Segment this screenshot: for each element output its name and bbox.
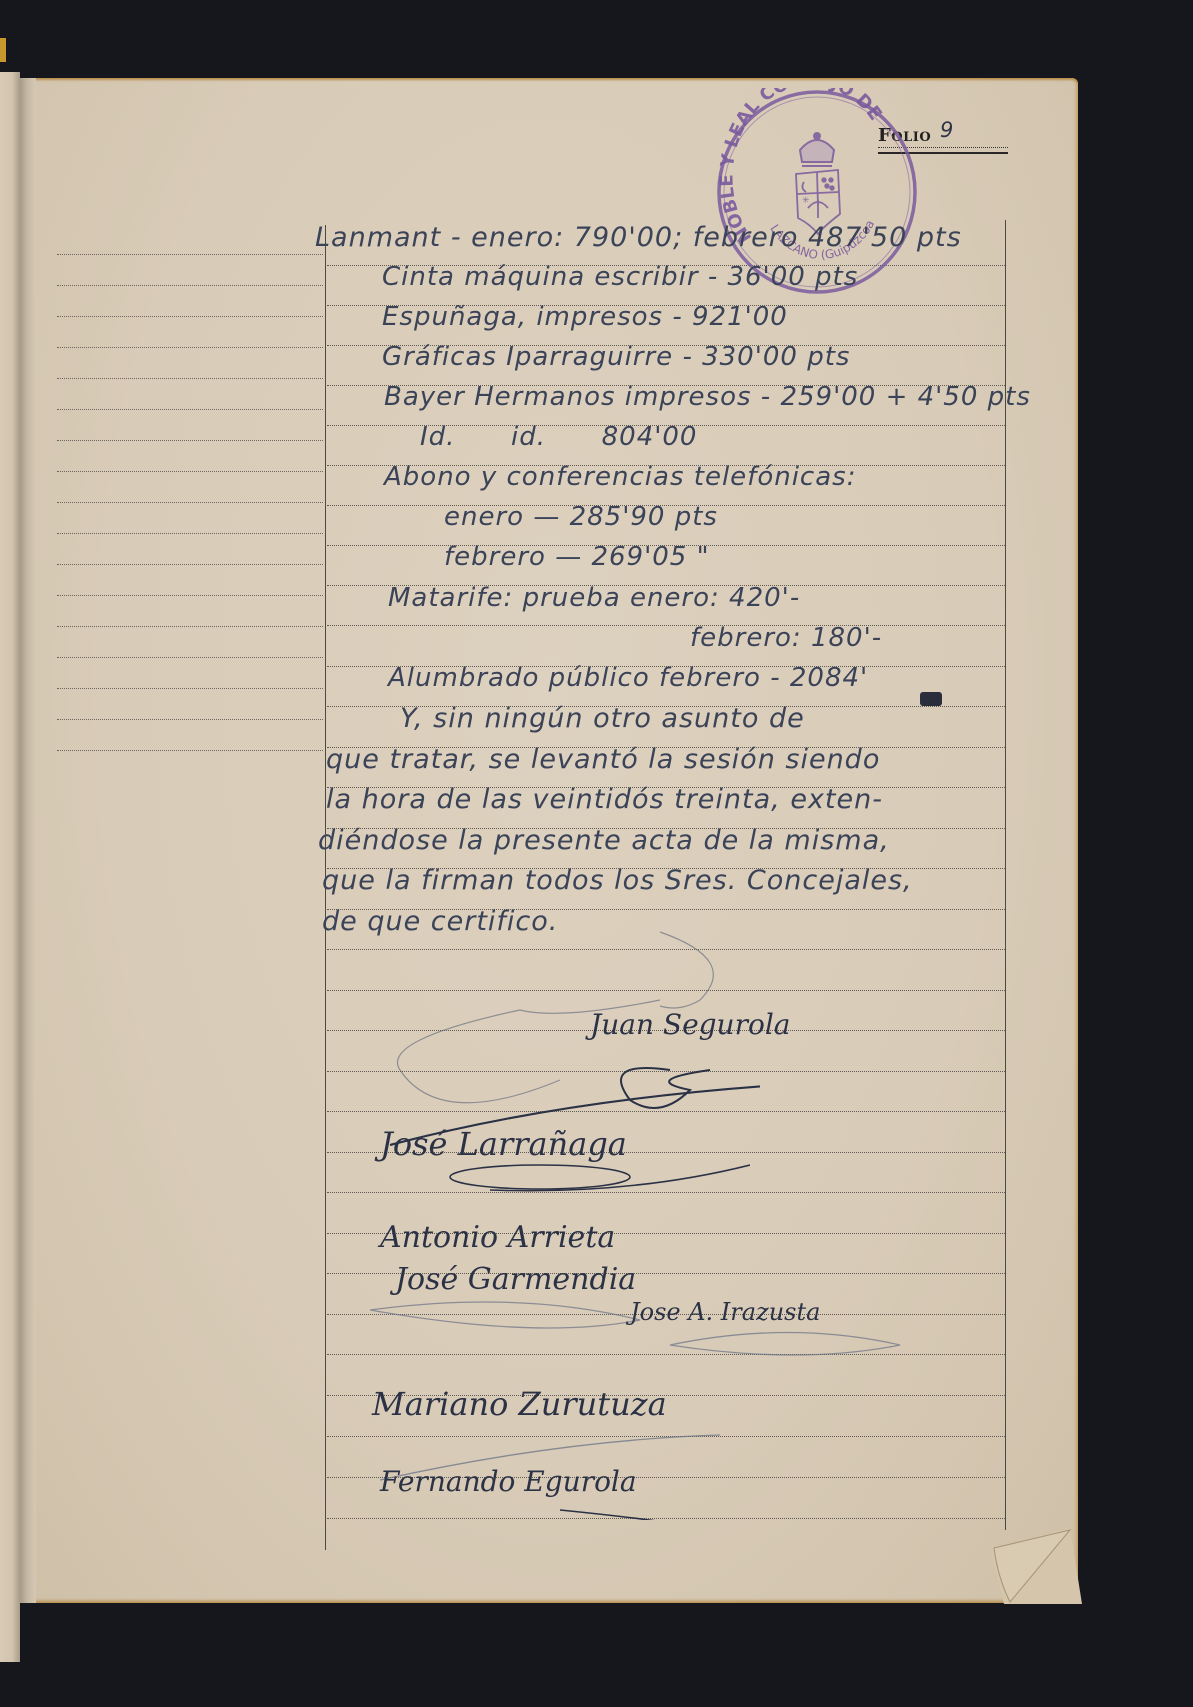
- signature: Juan Segurola: [590, 1008, 790, 1041]
- entry-line: Alumbrado público febrero - 2084': [388, 663, 868, 693]
- signature-flourish: [430, 1155, 750, 1215]
- entry-line: Id. id. 804'00: [420, 422, 697, 452]
- entry-line: Gráficas Iparraguirre - 330'00 pts: [382, 342, 850, 372]
- svg-text:✳: ✳: [802, 196, 810, 206]
- entry-line: febrero — 269'05 ": [444, 542, 710, 572]
- right-margin-line: [1005, 220, 1006, 1530]
- book-spine: [0, 72, 20, 1662]
- entry-line: febrero: 180'-: [690, 623, 882, 653]
- entry-line: Espuñaga, impresos - 921'00: [382, 302, 788, 332]
- signature: Jose A. Irazusta: [630, 1298, 820, 1326]
- entry-line: Lanmant - enero: 790'00; febrero 487'50 …: [315, 222, 962, 253]
- ink-blot: [920, 692, 942, 706]
- crown-icon: [800, 133, 834, 166]
- entry-line: Matarife: prueba enero: 420'-: [388, 583, 800, 613]
- paragraph-line: que la firman todos los Sres. Concejales…: [322, 865, 913, 896]
- folded-page-corner: [990, 1528, 1082, 1606]
- paragraph-line: Y, sin ningún otro asunto de: [400, 703, 805, 734]
- binding-tab: [0, 38, 6, 62]
- paragraph-line: la hora de las veintidós treinta, exten-: [326, 784, 883, 815]
- paragraph-line: que tratar, se levantó la sesión siendo: [326, 744, 880, 775]
- folio-number: 9: [940, 118, 953, 142]
- paragraph-line: diéndose la presente acta de la misma,: [318, 825, 890, 856]
- signature: Fernando Egurola: [380, 1465, 637, 1498]
- page-gutter: [20, 78, 36, 1603]
- entry-line: enero — 285'90 pts: [444, 502, 718, 532]
- entry-line: Bayer Hermanos impresos - 259'00 + 4'50 …: [384, 382, 1031, 412]
- entry-line: Cinta máquina escribir - 36'00 pts: [382, 262, 858, 292]
- entry-line: Abono y conferencias telefónicas:: [384, 462, 856, 492]
